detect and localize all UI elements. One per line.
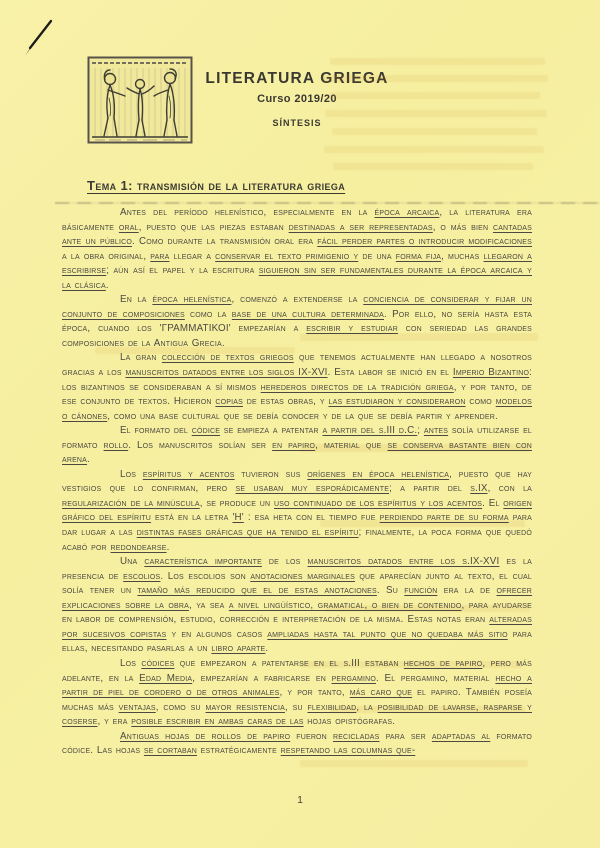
text-run: que empezaron a patentarse en el s.III e… xyxy=(174,658,403,669)
underlined-text: época helenística xyxy=(152,294,231,305)
underlined-text: tamaño más reducido que el de estas anot… xyxy=(137,585,376,596)
underlined-text: regularización de la minúscula xyxy=(62,498,200,509)
text-run: , su xyxy=(285,702,308,713)
text-run: . xyxy=(167,542,170,553)
underlined-text: redondearse xyxy=(111,542,167,553)
underlined-text: uso continuado de los espíritus y los ac… xyxy=(274,498,482,509)
underlined-text: época arcaica xyxy=(375,207,440,218)
underlined-text: característica importante xyxy=(144,556,262,567)
text-run: . Su xyxy=(377,585,404,596)
bleed-through-ghost xyxy=(332,128,537,135)
underlined-text: forma fija xyxy=(396,251,441,262)
underlined-text: 'H' xyxy=(232,512,243,523)
text-run: , material que xyxy=(315,440,387,451)
text-run: se empieza a patentar xyxy=(220,425,322,436)
text-run: y en algunos casos xyxy=(166,629,267,640)
text-run: , como su xyxy=(156,702,206,713)
text-run: estratégicamente xyxy=(197,745,281,756)
text-run: como la xyxy=(185,309,232,320)
paragraph: Los códices que empezaron a patentarse e… xyxy=(62,657,532,730)
underlined-text: posible escribir en ambas caras de las xyxy=(131,716,303,727)
text-run: , y por tanto, xyxy=(279,687,349,698)
underlined-text: libro aparte xyxy=(211,643,265,654)
text-run: , ya sea xyxy=(189,600,229,611)
underlined-text: conservar el texto primigenio y xyxy=(215,251,358,262)
paragraph: La gran colección de textos griegos que … xyxy=(62,351,532,424)
text-run: de estas obras, y xyxy=(243,396,329,407)
underlined-text: ventajas xyxy=(119,702,156,713)
text-run: : esa heta con el tiempo fue xyxy=(244,512,380,523)
paragraph: Los espíritus y acentos tuvieron sus orí… xyxy=(62,468,532,555)
text-run: hojas opistógrafas. xyxy=(304,716,396,727)
paragraph: Antiguas hojas de rollos de papiro fuero… xyxy=(62,730,532,759)
underlined-text: las estudiaron y consideraron xyxy=(329,396,466,407)
underlined-text: anotaciones marginales xyxy=(250,571,355,582)
text-run: , muchas xyxy=(441,251,483,262)
bleed-through-ghost xyxy=(324,146,544,153)
underlined-text: en papiro xyxy=(272,440,315,451)
text-run: , como una base cultural que se debía co… xyxy=(107,411,498,422)
text-run: Los xyxy=(120,469,143,480)
underlined-text: pergamino xyxy=(332,673,376,684)
text-run: está en la letra xyxy=(151,512,232,523)
text-run: . Los escolios son xyxy=(160,571,250,582)
page-title: LITERATURA GRIEGA xyxy=(0,70,594,88)
scan-artifact-line xyxy=(55,202,600,204)
underlined-text: espíritus y acentos xyxy=(143,469,235,480)
text-run: tuvieron sus xyxy=(235,469,308,480)
underlined-text: antes xyxy=(424,425,448,436)
paragraph: Una característica importante de los man… xyxy=(62,555,532,657)
underlined-text: Edad Media xyxy=(139,673,192,684)
text-run: La gran xyxy=(120,352,162,363)
bleed-through-ghost xyxy=(330,58,545,65)
underlined-text: distintas fases gráficas que ha tenido e… xyxy=(137,527,359,538)
underlined-text: orígenes en época helenística xyxy=(307,469,449,480)
underlined-text: para xyxy=(150,251,169,262)
text-run: , la xyxy=(356,702,377,713)
underlined-text: códice xyxy=(192,425,220,436)
text-run: , con la xyxy=(488,483,532,494)
underlined-text: a partir del s.III d.C. xyxy=(322,425,417,436)
underlined-text: base de una cultura determinada xyxy=(232,309,384,320)
underlined-text: a nivel lingüístico, gramatical, o bien … xyxy=(229,600,462,611)
text-run: ; a partir del xyxy=(389,483,470,494)
underlined-text: escribir y estudiar xyxy=(306,323,398,334)
underlined-text: respetando las columnas que- xyxy=(281,745,416,756)
underlined-text: adaptadas al xyxy=(432,731,490,742)
text-run: , comenzó a extenderse la xyxy=(231,294,363,305)
text-run: . Como durante la transmisión oral era xyxy=(132,236,317,247)
underlined-text: fácil perder partes o introducir modific… xyxy=(317,236,532,247)
underlined-text: copias xyxy=(215,396,243,407)
underlined-text: escolios xyxy=(123,571,160,582)
text-run: fueron xyxy=(290,731,333,742)
text-run: para ser xyxy=(380,731,432,742)
text-run: ; aún así el papel y la escritura xyxy=(106,265,259,276)
pen-stroke-icon xyxy=(20,16,56,60)
text-run: . xyxy=(106,280,109,291)
underlined-text: rollo xyxy=(104,440,129,451)
underlined-text: se cortaban xyxy=(144,745,197,756)
text-run: . El pergamino, material xyxy=(376,673,495,684)
text-run: En la xyxy=(120,294,152,305)
underlined-text: se usaban muy esporádicamente xyxy=(236,483,390,494)
underlined-text: perdiendo parte de su forma xyxy=(380,512,509,523)
text-run: . El xyxy=(482,498,503,509)
underlined-text: colección de textos griegos xyxy=(162,352,294,363)
text-run: , se produce un xyxy=(200,498,274,509)
underlined-text: recicladas xyxy=(333,731,380,742)
underlined-text: oral xyxy=(119,222,139,233)
section-heading: Tema 1: transmisión de la literatura gri… xyxy=(87,178,345,193)
underlined-text: manuscritos datados entre los siglos IX-… xyxy=(125,367,327,378)
text-run: , puesto que las piezas estaban xyxy=(139,222,289,233)
text-run: como xyxy=(466,396,496,407)
text-run: ; xyxy=(417,425,424,436)
paragraph: En la época helenística, comenzó a exten… xyxy=(62,293,532,351)
underlined-text: Imperio Bizantino xyxy=(453,367,529,378)
bleed-through-ghost xyxy=(300,760,528,767)
text-run: , o más bien xyxy=(433,222,493,233)
text-run: a la obra original, xyxy=(62,251,150,262)
document-body: Antes del período helenístico, especialm… xyxy=(62,206,532,759)
text-run: . xyxy=(265,643,268,654)
text-run: Antes del período helenístico, especialm… xyxy=(120,207,375,218)
underlined-text: s.IX xyxy=(470,483,487,494)
text-run: de una xyxy=(358,251,396,262)
text-run: era la de xyxy=(437,585,496,596)
underlined-text: códices xyxy=(141,658,174,669)
page-number: 1 xyxy=(0,794,600,806)
text-run: . Esta labor se inició en el xyxy=(328,367,453,378)
text-run: , y era xyxy=(98,716,132,727)
text-run: llegar a xyxy=(170,251,216,262)
bleed-through-ghost xyxy=(333,163,533,170)
text-run: de los xyxy=(262,556,308,567)
paragraph: El formato del códice se empieza a paten… xyxy=(62,424,532,468)
underlined-text: destinadas a ser representadas xyxy=(289,222,433,233)
underlined-text: flexibilidad xyxy=(307,702,356,713)
text-run: . Los manuscritos solían ser xyxy=(128,440,272,451)
underlined-text: herederos directos de la tradición grieg… xyxy=(261,382,454,393)
underlined-text: función xyxy=(404,585,437,596)
text-run: , empezarían a fabricarse en xyxy=(192,673,331,684)
underlined-text: Antiguas hojas de rollos de papiro xyxy=(120,731,290,742)
underlined-text: hechos de papiro xyxy=(404,658,483,669)
course-label: Curso 2019/20 xyxy=(0,93,594,105)
underlined-text: mayor resistencia xyxy=(206,702,285,713)
underlined-text: manuscritos datados entre los s.IX-XVI xyxy=(308,556,500,567)
doc-type-label: SÍNTESIS xyxy=(0,118,594,128)
text-run: Los xyxy=(120,658,141,669)
document-header: LITERATURA GRIEGA Curso 2019/20 SÍNTESIS xyxy=(0,70,594,128)
underlined-text: ampliadas hasta tal punto que no quedaba… xyxy=(267,629,507,640)
paragraph: Antes del período helenístico, especialm… xyxy=(62,206,532,293)
text-run: . xyxy=(87,454,90,465)
text-run: El formato del xyxy=(120,425,192,436)
underlined-text: más caro que xyxy=(350,687,412,698)
text-run: Una xyxy=(120,556,144,567)
